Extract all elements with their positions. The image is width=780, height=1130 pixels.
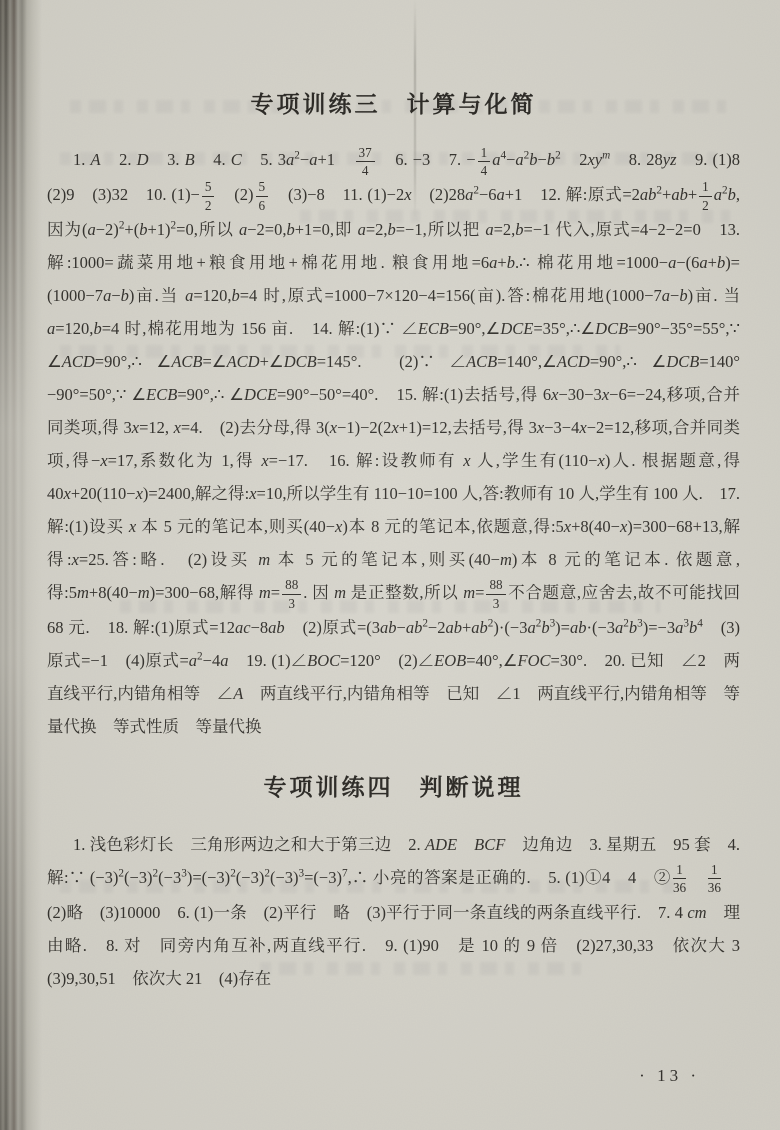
page-content: 专项训练三 计算与化简 1. A 2. D 3. B 4. C 5. 3a2−a… — [47, 86, 740, 995]
scanned-page: 专项训练三 计算与化简 1. A 2. D 3. B 4. C 5. 3a2−a… — [0, 0, 780, 1130]
answers-paragraph-training-3: 1. A 2. D 3. B 4. C 5. 3a2−a+1 374 6. −3… — [47, 143, 740, 743]
section-title-training-4: 专项训练四 判断说理 — [47, 769, 740, 802]
book-binding-edge — [0, 0, 42, 1130]
section-title-training-3: 专项训练三 计算与化简 — [47, 86, 740, 119]
page-number: · 13 · — [639, 1066, 700, 1086]
answers-paragraph-training-4: 1. 浅色彩灯长 三角形两边之和大于第三边 2. ADE BCF 边角边 3. … — [47, 828, 740, 995]
